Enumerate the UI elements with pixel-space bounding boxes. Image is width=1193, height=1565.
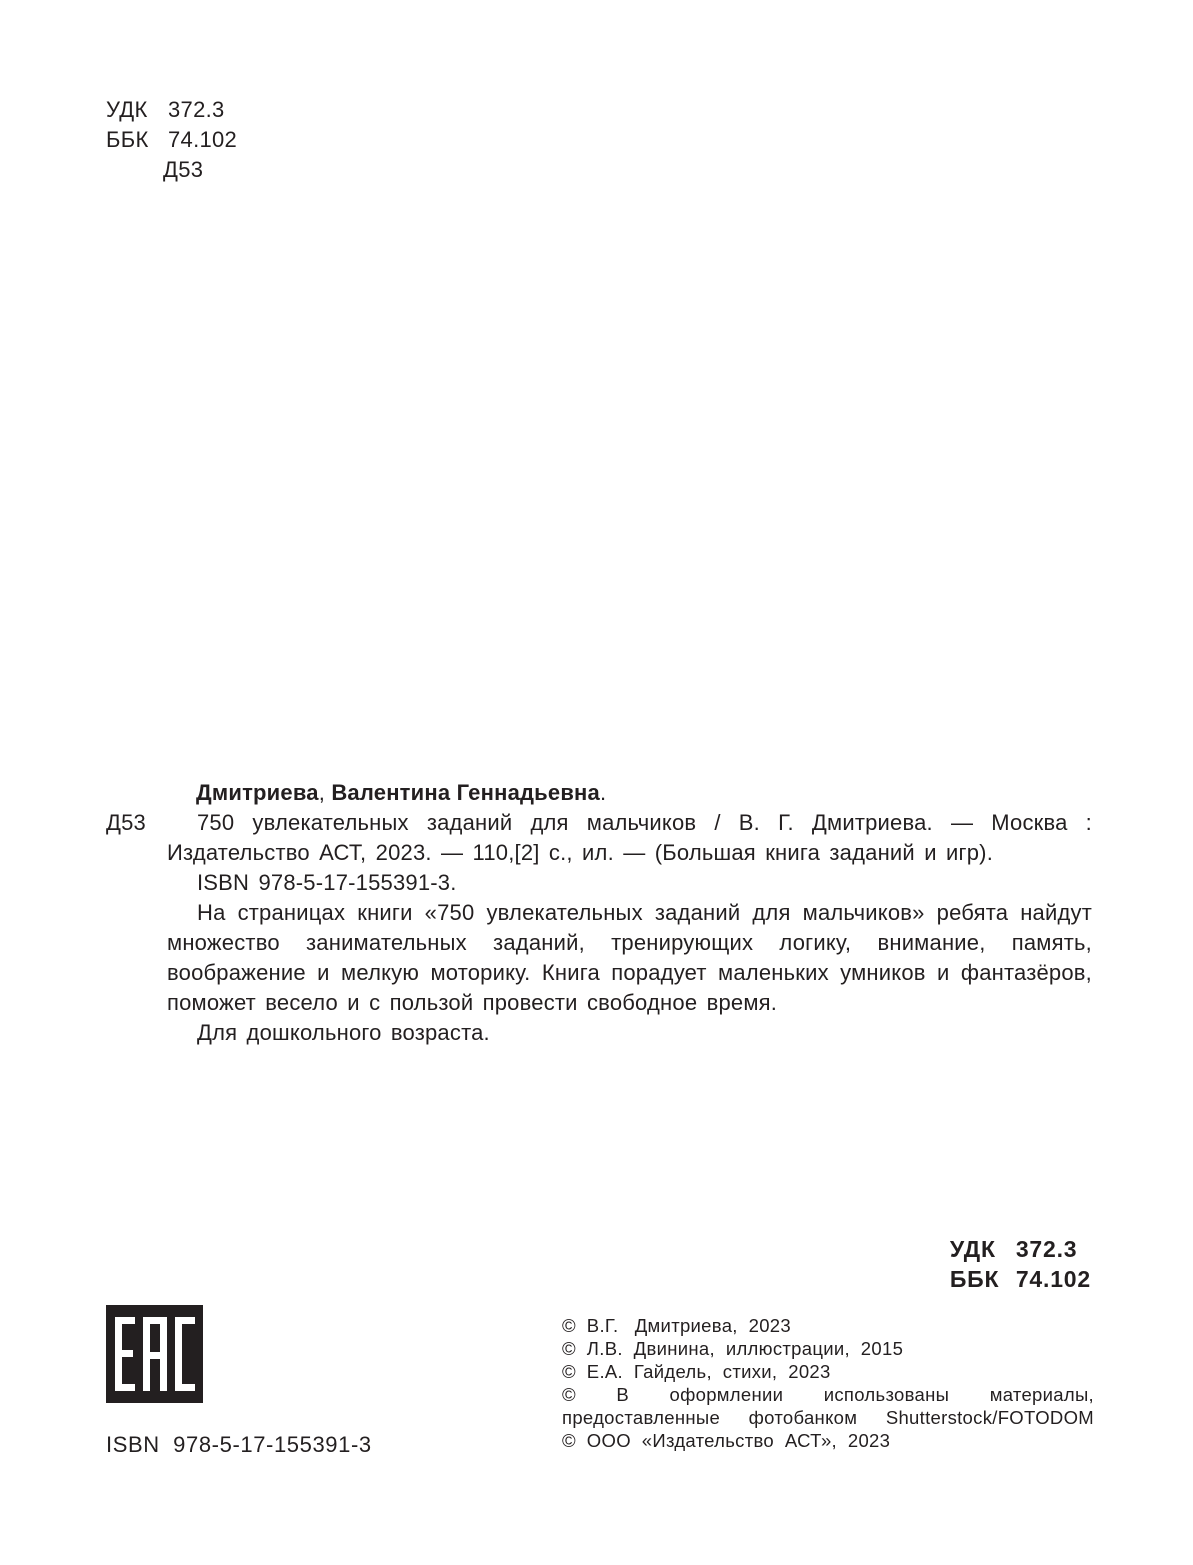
bottom-classification-block: УДК372.3 ББК74.102 [950, 1234, 1091, 1294]
bbk-line: ББК74.102 [106, 125, 237, 155]
copyright-photobank: предоставленные фотобанком Shutterstock/… [562, 1406, 1094, 1429]
udk-line: УДК372.3 [106, 95, 237, 125]
bottom-udk-label: УДК [950, 1234, 1016, 1264]
bbk-value: 74.102 [168, 127, 237, 152]
copyright-block: © В.Г. Дмитриева, 2023 © Л.В. Двинина, и… [562, 1314, 1094, 1452]
bottom-bbk-line: ББК74.102 [950, 1264, 1091, 1294]
bottom-udk-value: 372.3 [1016, 1236, 1078, 1262]
author-surname: Дмитриева [196, 780, 319, 805]
top-classification-block: УДК372.3 ББК74.102 Д53 [106, 95, 237, 185]
copyright-illustrator: © Л.В. Двинина, иллюстрации, 2015 [562, 1337, 1094, 1360]
copyright-author: © В.Г. Дмитриева, 2023 [562, 1314, 1094, 1337]
record-body: Д53 750 увлекательных заданий для мальчи… [106, 808, 1092, 1048]
age-note: Для дошкольного возраста. [167, 1018, 1092, 1048]
copyright-poems: © Е.А. Гайдель, стихи, 2023 [562, 1360, 1094, 1383]
bottom-bbk-value: 74.102 [1016, 1266, 1091, 1292]
udk-value: 372.3 [168, 97, 225, 122]
record-isbn: ISBN 978-5-17-155391-3. [167, 868, 1092, 898]
eac-glyphs-icon [106, 1305, 203, 1403]
bottom-udk-line: УДК372.3 [950, 1234, 1091, 1264]
annotation: На страницах книги «750 увлекательных за… [167, 898, 1092, 1018]
author-mark: Д53 [106, 155, 237, 185]
author-heading: Дмитриева, Валентина Геннадьевна. [106, 778, 1092, 808]
bbk-label: ББК [106, 125, 168, 155]
eac-mark-icon [106, 1305, 203, 1403]
bottom-bbk-label: ББК [950, 1264, 1016, 1294]
copyright-publisher: © ООО «Издательство АСТ», 2023 [562, 1429, 1094, 1452]
title-statement: 750 увлекательных заданий для мальчиков … [167, 808, 1092, 868]
udk-label: УДК [106, 95, 168, 125]
bibliographic-record: Дмитриева, Валентина Геннадьевна. Д53 75… [106, 778, 1092, 1048]
record-author-mark: Д53 [106, 808, 146, 838]
copyright-materials: © В оформлении использованы материалы, [562, 1383, 1094, 1406]
author-separator: , [319, 780, 332, 805]
author-given-names: Валентина Геннадьевна [331, 780, 600, 805]
author-end: . [600, 780, 606, 805]
isbn-bottom: ISBN 978-5-17-155391-3 [106, 1431, 372, 1459]
